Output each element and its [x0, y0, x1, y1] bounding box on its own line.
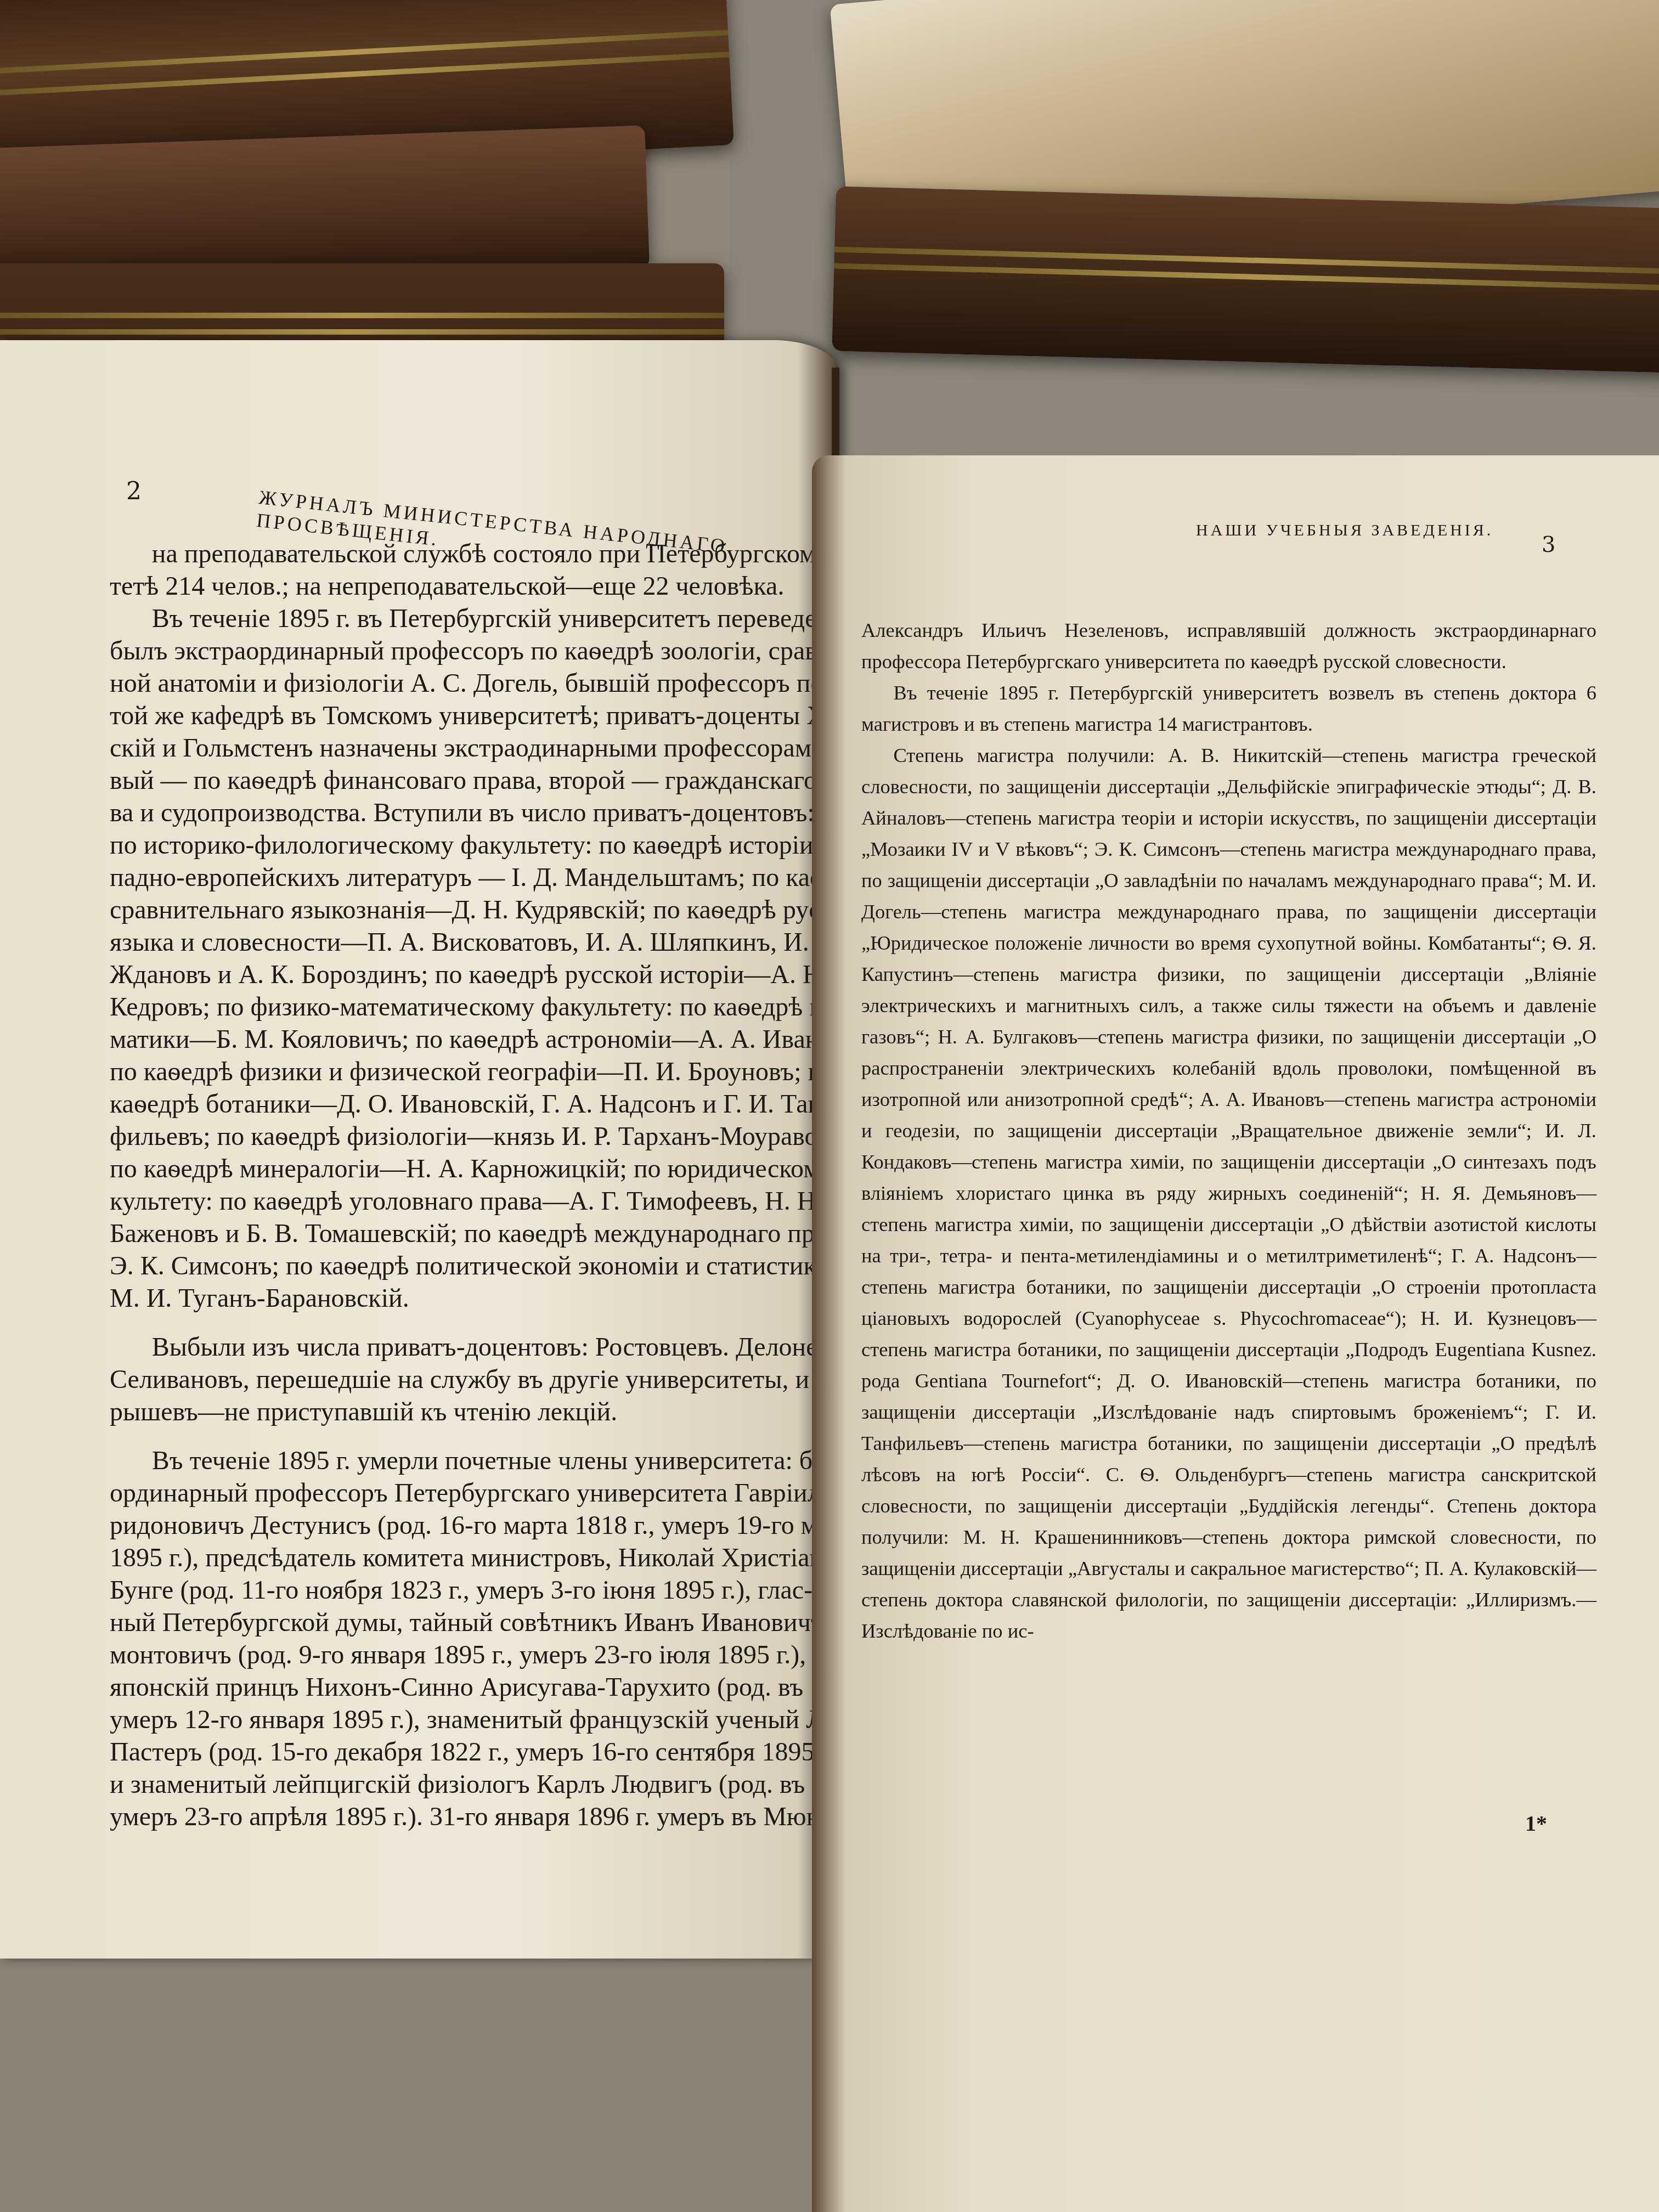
paragraph: Степень магистра получили: А. В. Никитск… [861, 740, 1596, 1646]
text-line: Пастеръ (род. 15-го декабря 1822 г., уме… [110, 1736, 817, 1768]
text-line: фильевъ; по каѳедрѣ физіологіи—князь И. … [110, 1120, 817, 1153]
text-line: Ждановъ и А. К. Бороздинъ; по каѳедрѣ ру… [110, 958, 817, 991]
text-line: Кедровъ; по физико-математическому факул… [110, 991, 817, 1023]
text-line: матики—Б. М. Кояловичъ; по каѳедрѣ астро… [110, 1023, 817, 1056]
floor-shadow [0, 1949, 839, 2212]
text-line: каѳедрѣ ботаники—Д. О. Ивановскій, Г. А.… [110, 1088, 817, 1120]
text-line: М. И. Туганъ-Барановскій. [110, 1282, 817, 1314]
text-line: умеръ 23-го апрѣля 1895 г.). 31-го январ… [110, 1801, 817, 1833]
open-book-spread: 2 ЖУРНАЛЪ МИНИСТЕРСТВА НАРОДНАГО ПРОСВѢЩ… [0, 340, 1659, 2212]
text-line: ва и судопроизводства. Вступили въ число… [110, 797, 817, 829]
text-line: японскій принцъ Нихонъ-Синно Арисугава-Т… [110, 1671, 817, 1703]
text-line: Селивановъ, перешедшіе на службу въ друг… [110, 1363, 817, 1396]
text-line: вый — по каѳедрѣ финансоваго права, втор… [110, 764, 817, 797]
text-line: 1895 г.), предсѣдатель комитета министро… [110, 1542, 817, 1574]
text-line: рышевъ—не приступавшій къ чтенію лекцій. [110, 1396, 817, 1428]
page-number: 3 [1542, 532, 1555, 557]
text-line: Э. К. Симсонъ; по каѳедрѣ политической э… [110, 1250, 817, 1282]
text-line: ный Петербургской думы, тайный совѣтникъ… [110, 1606, 817, 1639]
text-line: монтовичъ (род. 9-го января 1895 г., уме… [110, 1639, 817, 1671]
right-page-body: Александръ Ильичъ Незеленовъ, исправлявш… [861, 614, 1596, 1646]
text-line: ординарный профессоръ Петербургскаго уни… [110, 1477, 817, 1509]
paragraph: Александръ Ильичъ Незеленовъ, исправлявш… [861, 614, 1596, 677]
text-line: той же кафедрѣ въ Томскомъ университетѣ;… [110, 699, 817, 732]
paragraph: Въ теченіе 1895 г. Петербургскій универс… [861, 677, 1596, 740]
text-line: тетѣ 214 челов.; на непреподавательской—… [110, 570, 817, 602]
text-line: ридоновичъ Дестунисъ (род. 16-го марта 1… [110, 1509, 817, 1542]
text-line: культету: по каѳедрѣ уголовнаго права—А.… [110, 1185, 817, 1217]
right-page: НАШИ УЧЕБНЫЯ ЗАВЕДЕНІЯ. 3 Александръ Иль… [812, 455, 1659, 2212]
text-line: Въ теченіе 1895 г. умерли почетные члены… [110, 1444, 817, 1477]
text-line: и знаменитый лейпцигскій физіологъ Карлъ… [110, 1768, 817, 1801]
text-line: былъ экстраординарный профессоръ по каѳе… [110, 635, 817, 667]
text-line: по историко-филологическому факультету: … [110, 829, 817, 861]
text-line: падно-европейскихъ литературъ — І. Д. Ма… [110, 861, 817, 894]
left-page-body: на преподавательской службѣ состояло при… [110, 538, 817, 1833]
text-line: Баженовъ и Б. В. Томашевскій; по каѳедрѣ… [110, 1217, 817, 1250]
text-line: языка и словесности—П. А. Висковатовъ, И… [110, 926, 817, 958]
text-line: ной анатоміи и физіологіи А. С. Догель, … [110, 667, 817, 699]
text-line: сравнительнаго языкознанія—Д. Н. Кудрявс… [110, 894, 817, 926]
text-line: на преподавательской службѣ состояло при… [110, 538, 817, 570]
text-line: по каѳедрѣ физики и физической географіи… [110, 1056, 817, 1088]
text-line: скій и Гольмстенъ назначены экстраодинар… [110, 732, 817, 764]
text-line: Въ теченіе 1895 г. въ Петербургскій унив… [110, 602, 817, 635]
text-line: Выбыли изъ числа приватъ-доцентовъ: Рост… [110, 1331, 817, 1363]
running-head: НАШИ УЧЕБНЫЯ ЗАВЕДЕНІЯ. [1196, 521, 1493, 540]
left-page: 2 ЖУРНАЛЪ МИНИСТЕРСТВА НАРОДНАГО ПРОСВѢЩ… [0, 340, 839, 1959]
text-line: Бунге (род. 11-го ноября 1823 г., умеръ … [110, 1574, 817, 1606]
text-line: по каѳедрѣ минералогіи—Н. А. Карножицкій… [110, 1153, 817, 1185]
text-line: умеръ 12-го января 1895 г.), знаменитый … [110, 1703, 817, 1736]
signature-mark: 1* [1525, 1810, 1547, 1836]
page-number: 2 [126, 477, 142, 505]
